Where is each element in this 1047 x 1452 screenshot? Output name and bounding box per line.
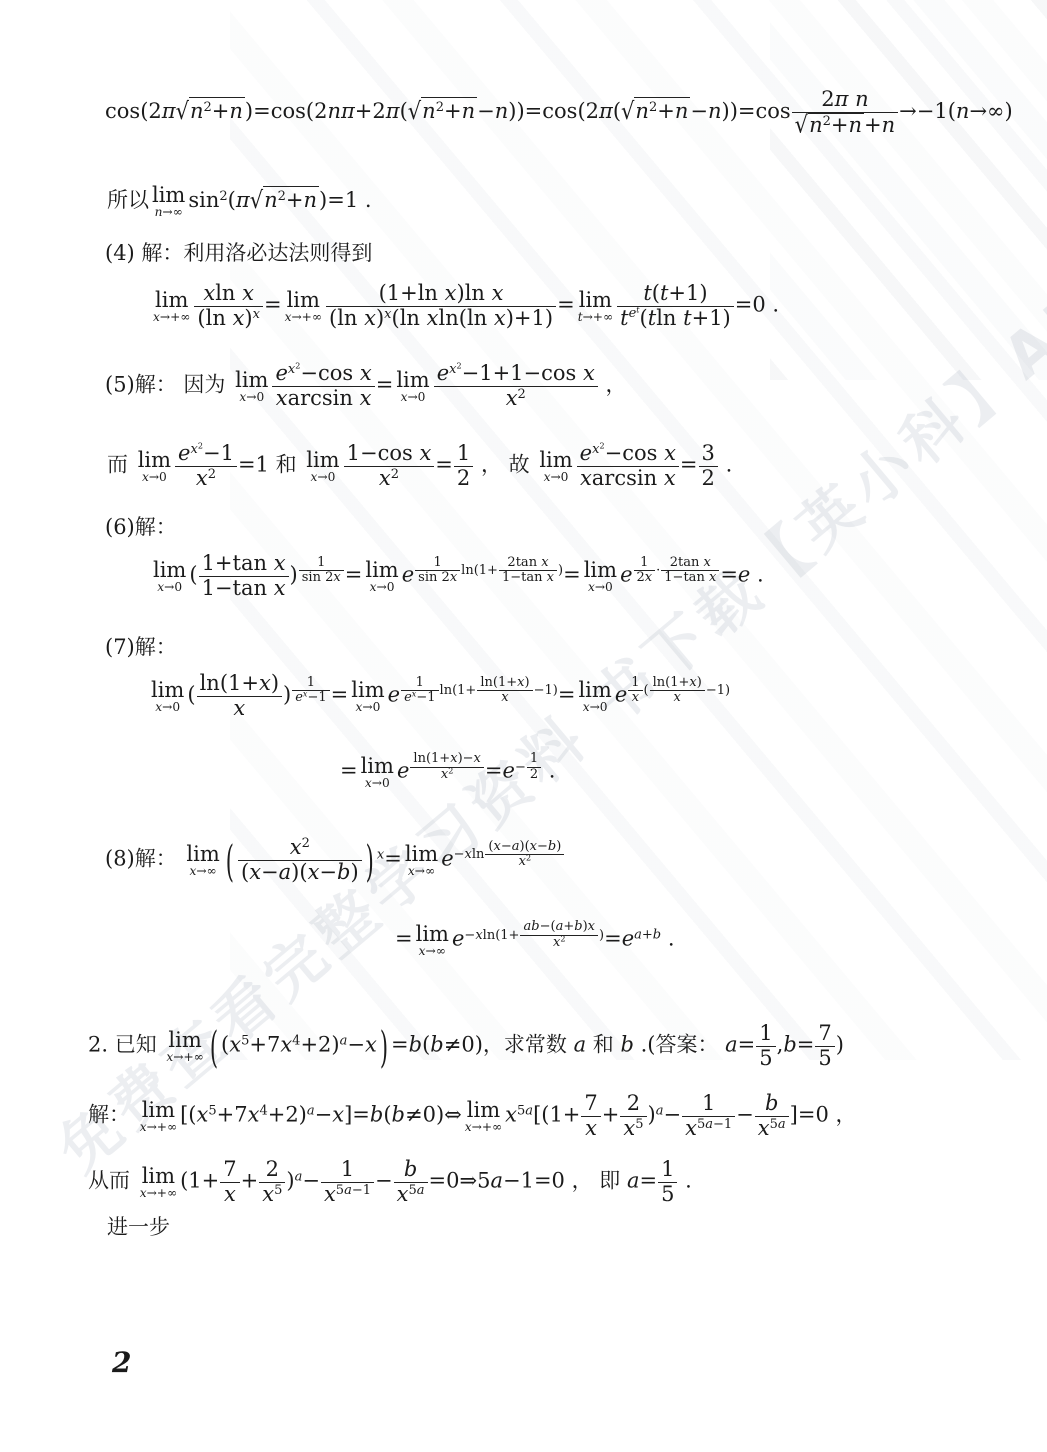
page-number: 2 [112,1346,131,1379]
step6-header: (6)解： [105,514,177,540]
diagonal-streak-texture [230,0,1047,1060]
formula-cos-expansion: cos(2π√n2+n)=cos(2nπ+2π(√n2+n−n))=cos(2π… [105,88,1013,137]
step5-line: (5)解： 因为 limx→0ex2−cos xxarcsin x=limx→0… [105,362,627,410]
step4-formula: limx→+∞xln x(ln x)x=limx→+∞(1+ln x)ln x(… [150,282,779,330]
conclusion-sin-limit: 所以limn→∞sin2(π√n2+n)=1 . [107,184,372,219]
step5-conclusion-line: 而 limx→0ex2−1x2=1 和 limx→01−cos xx2=12 ，… [107,442,732,490]
corner-streak-texture [770,0,1047,380]
step7-header: (7)解： [105,634,177,660]
problem2-statement: 2. 已知 limx→+∞((x5+7x4+2)a−x)=b(b≠0)，求常数 … [88,1022,844,1070]
step4-header: (4) 解：利用洛必达法则得到 [105,240,372,266]
step7-formula: limx→0(ln(1+x)x)1ex−1=limx→0e1ex−1ln(1+l… [148,672,730,720]
step7-formula-continuation: =limx→0eln(1+x)−xx2=e−12 . [340,752,555,790]
step8-formula-continuation: =limx→∞e−xln(1+ab−(a+b)xx2)=ea+b . [395,920,675,958]
step6-formula: limx→0(1+tan x1−tan x)1sin 2x=limx→0e1si… [150,552,764,600]
further-note: 进一步 [107,1214,170,1240]
step8-formula: (8)解： limx→∞(x2(x−a)(x−b))x=limx→∞e−xln(… [105,836,565,884]
problem2-solution-line1: 解： limx→+∞[(x5+7x4+2)a−x]=b(b≠0)⇔limx→+∞… [88,1092,857,1140]
problem2-solution-line2: 从而 limx→+∞(1+7x+2x5)a−1x5a−1−bx5a=0⇒5a−1… [88,1158,692,1206]
